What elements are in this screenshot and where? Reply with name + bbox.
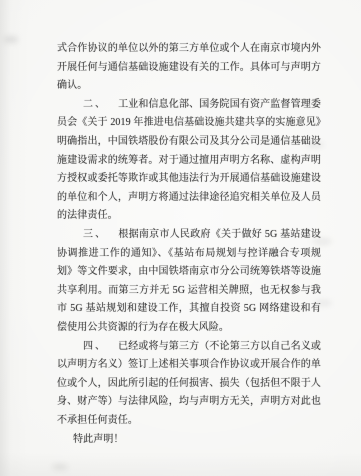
scan-artifact [4, 36, 18, 43]
paragraph-text: 特此声明！ [73, 434, 124, 445]
paragraph-number: 四、 [83, 341, 107, 352]
paragraph-number: 二、 [83, 99, 107, 110]
scan-artifact [52, 464, 68, 470]
document-text: 式合作协议的单位以外的第三方单位或个人在南京市境内外开展任何与通信基础设施建设有… [57, 40, 321, 450]
paragraph-text: 式合作协议的单位以外的第三方单位或个人在南京市境内外开展任何与通信基础设施建设有… [57, 43, 321, 91]
paragraph-item-2: 二、工业和信息化部、国务院国有资产监督管理委员会《关于 2019 年推进电信基础… [57, 96, 321, 226]
paragraph-number: 三、 [83, 229, 107, 240]
paragraph-item-4: 四、已经或将与第三方（不论第三方以自己名义或以声明方名义）签订上述相关事项合作协… [57, 338, 321, 431]
paragraph-item-3: 三、根据南京市人民政府《关于做好 5G 基站建设协调推进工作的通知》、《基站布局… [57, 226, 321, 338]
closing-statement: 特此声明！ [57, 431, 321, 450]
paragraph-text: 已经或将与第三方（不论第三方以自己名义或以声明方名义）签订上述相关事项合作协议或… [57, 341, 321, 426]
paragraph-text: 根据南京市人民政府《关于做好 5G 基站建设协调推进工作的通知》、《基站布局规划… [57, 229, 321, 333]
paragraph-text: 工业和信息化部、国务院国有资产监督管理委员会《关于 2019 年推进电信基础设施… [57, 99, 321, 222]
scanned-document-page: 式合作协议的单位以外的第三方单位或个人在南京市境内外开展任何与通信基础设施建设有… [0, 0, 361, 476]
paragraph-continuation: 式合作协议的单位以外的第三方单位或个人在南京市境内外开展任何与通信基础设施建设有… [57, 40, 321, 96]
